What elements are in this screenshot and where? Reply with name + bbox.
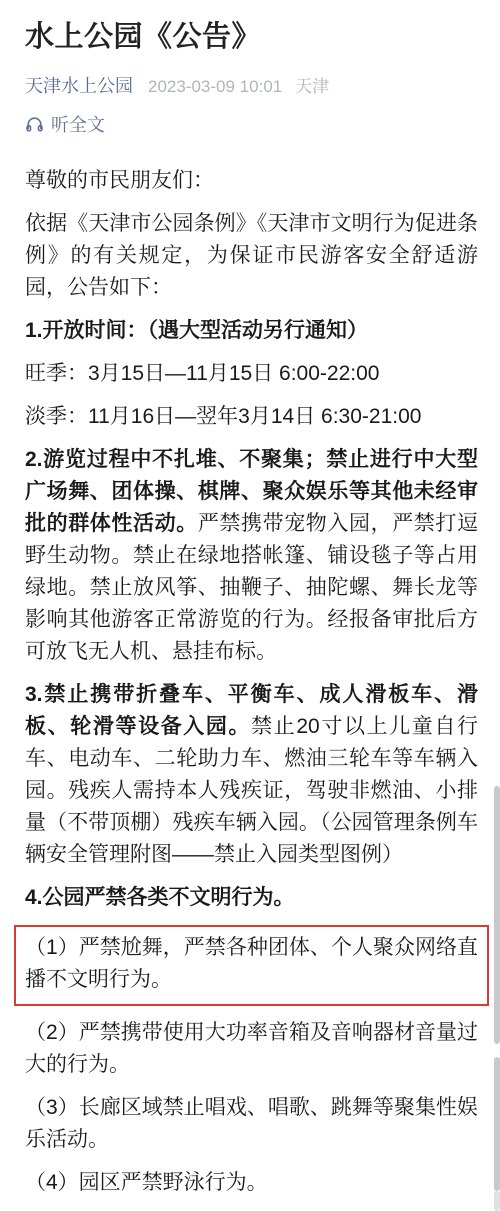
- listen-full-text-button[interactable]: 听全文: [25, 111, 105, 137]
- paragraph-text: （2）严禁携带使用大功率音箱及音响器材音量过大的行为。: [25, 1021, 478, 1076]
- highlight-box: （1）严禁尬舞，严禁各种团体、个人聚众网络直播不文明行为。: [14, 925, 489, 1006]
- paragraph-text: 尊敬的市民朋友们：: [25, 169, 214, 192]
- paragraph: （3）长廊区域禁止唱戏、唱歌、跳舞等聚集性娱乐活动。: [25, 1092, 478, 1156]
- paragraph: 2.游览过程中不扎堆、不聚集；禁止进行中大型广场舞、团体操、棋牌、聚众娱乐等其他…: [25, 444, 478, 668]
- paragraph: （1）严禁尬舞，严禁各种团体、个人聚众网络直播不文明行为。: [25, 932, 478, 996]
- paragraph-bold-text: 1.开放时间：（遇大型活动另行通知）: [25, 319, 368, 342]
- publish-date: 2023-03-09 10:01: [148, 77, 282, 97]
- paragraph: （4）园区严禁野泳行为。: [25, 1167, 478, 1199]
- scrollbar-thumb[interactable]: [494, 786, 500, 1044]
- paragraph: 1.开放时间：（遇大型活动另行通知）: [25, 315, 478, 347]
- paragraph-text: 淡季：11月16日—翌年3月14日 6:30-21:00: [25, 405, 421, 428]
- paragraph: 依据《天津市公园条例》《天津市文明行为促进条例》的有关规定，为保证市民游客安全舒…: [25, 208, 478, 304]
- paragraph: 旺季：3月15日—11月15日 6:00-22:00: [25, 358, 478, 390]
- article-body: 尊敬的市民朋友们：依据《天津市公园条例》《天津市文明行为促进条例》的有关规定，为…: [25, 165, 478, 1199]
- scrollbar-thumb[interactable]: [494, 1057, 500, 1191]
- paragraph-text: 旺季：3月15日—11月15日 6:00-22:00: [25, 362, 379, 385]
- paragraph: 尊敬的市民朋友们：: [25, 165, 478, 197]
- article-meta: 天津水上公园 2023-03-09 10:01 天津: [25, 72, 478, 98]
- scrollbar-thumb: [494, 1191, 500, 1211]
- paragraph-text: 依据《天津市公园条例》《天津市文明行为促进条例》的有关规定，为保证市民游客安全舒…: [25, 212, 478, 299]
- publish-location: 天津: [295, 72, 329, 97]
- paragraph-text: （1）严禁尬舞，严禁各种团体、个人聚众网络直播不文明行为。: [25, 936, 478, 991]
- paragraph-text: （3）长廊区域禁止唱戏、唱歌、跳舞等聚集性娱乐活动。: [25, 1096, 478, 1151]
- paragraph: （2）严禁携带使用大功率音箱及音响器材音量过大的行为。: [25, 1017, 478, 1081]
- headphone-icon: [25, 115, 44, 134]
- account-link[interactable]: 天津水上公园: [25, 72, 133, 98]
- article-title: 水上公园《公告》: [25, 18, 478, 56]
- article-page: 水上公园《公告》 天津水上公园 2023-03-09 10:01 天津 听全文 …: [0, 0, 500, 1211]
- paragraph: 3.禁止携带折叠车、平衡车、成人滑板车、滑板、轮滑等设备入园。禁止20寸以上儿童…: [25, 679, 478, 871]
- paragraph-bold-text: 4.公园严禁各类不文明行为。: [25, 886, 295, 909]
- paragraph: 淡季：11月16日—翌年3月14日 6:30-21:00: [25, 401, 478, 433]
- listen-label: 听全文: [51, 111, 105, 137]
- paragraph: 4.公园严禁各类不文明行为。: [25, 882, 478, 914]
- article-content: 水上公园《公告》 天津水上公园 2023-03-09 10:01 天津 听全文 …: [0, 0, 500, 1199]
- paragraph-text: （4）园区严禁野泳行为。: [25, 1171, 268, 1194]
